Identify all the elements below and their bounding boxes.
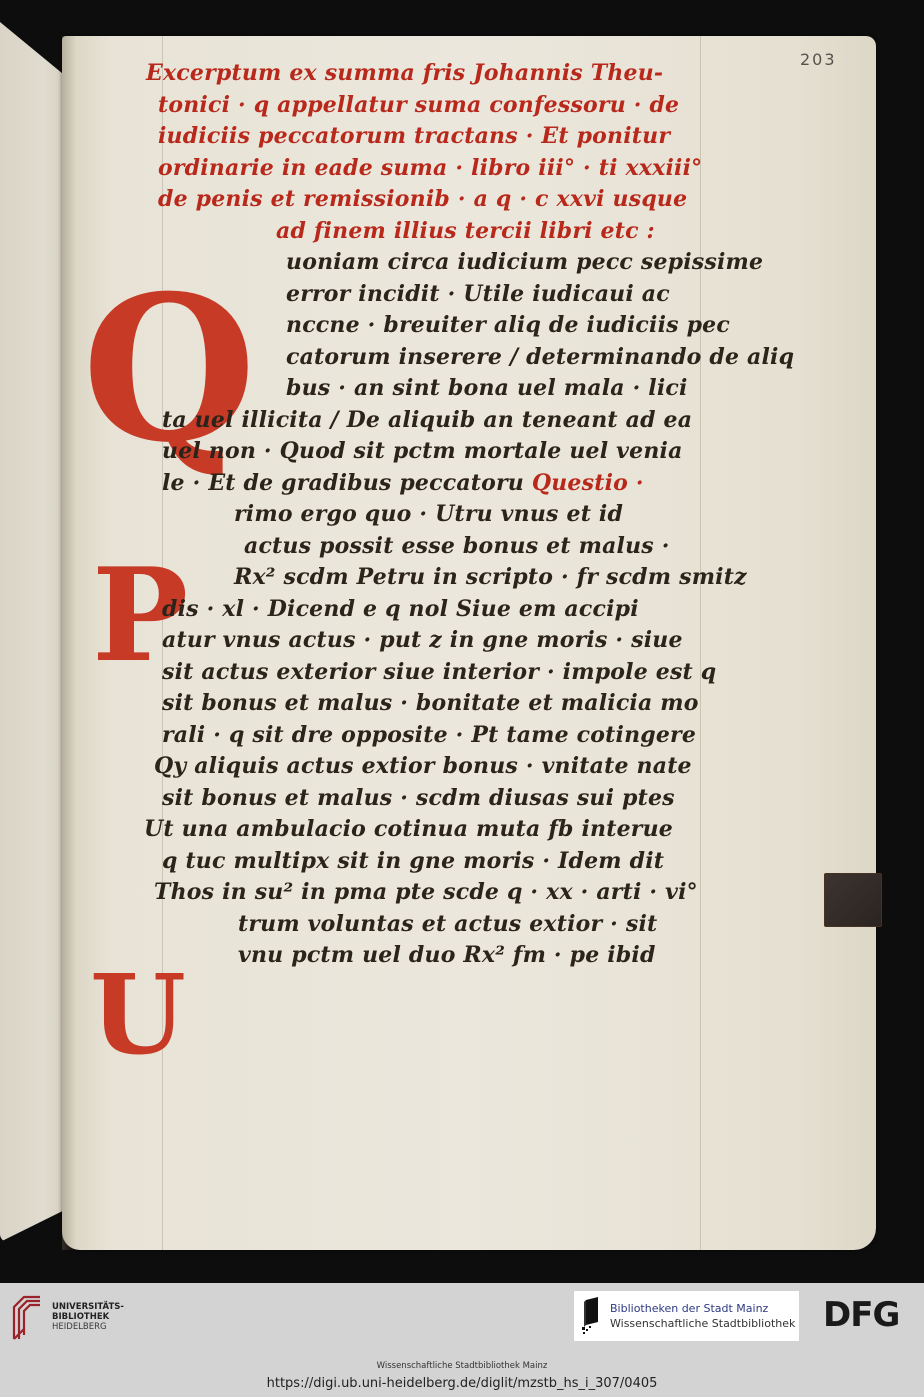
text-line: Rx² scdm Petru in scripto · fr scdm smit… bbox=[88, 562, 748, 594]
text-line: sit bonus et malus · scdm diusas sui pte… bbox=[88, 783, 748, 815]
footer: UNIVERSITÄTS- BIBLIOTHEK HEIDELBERG Bibl… bbox=[0, 1283, 924, 1397]
dfg-logo[interactable]: DFG bbox=[823, 1295, 899, 1335]
credit-line: Wissenschaftliche Stadtbibliothek Mainz bbox=[0, 1361, 924, 1371]
rubric-line: de penis et remissionib · a q · c xxvi u… bbox=[88, 184, 748, 216]
text-line: error incidit · Utile iudicaui ac bbox=[88, 279, 748, 311]
initial-u: U bbox=[90, 960, 186, 1070]
text-line: vnu pctm uel duo Rx² fm · pe ibid bbox=[88, 940, 748, 972]
gutter-shadow bbox=[62, 36, 76, 1250]
ub-heidelberg-mark-icon bbox=[10, 1293, 44, 1341]
rubric-line: Excerptum ex summa fris Johannis Theu- bbox=[88, 58, 748, 90]
text-line: rimo ergo quo · Utru vnus et id bbox=[88, 499, 748, 531]
text-line: sit actus exterior siue interior · impol… bbox=[88, 657, 748, 689]
text-span: le · Et de gradibus peccatoru bbox=[162, 470, 524, 496]
rubric-line: iudiciis peccatorum tractans · Et ponitu… bbox=[88, 121, 748, 153]
text-line: catorum inserere / determinando de aliq bbox=[88, 342, 748, 374]
questio-rubric: Questio · bbox=[532, 470, 644, 496]
text-line: dis · xl · Dicend e q nol Siue em accipi bbox=[88, 594, 748, 626]
rubric-line: tonici · q appellatur suma confessoru · … bbox=[88, 90, 748, 122]
folio-number: 203 bbox=[800, 50, 837, 69]
manuscript-viewer: 203 Q P U Excerptum ex summa fris Johann… bbox=[0, 0, 924, 1283]
leather-tab bbox=[824, 873, 882, 927]
mainz-logo-line1: Bibliotheken der Stadt Mainz bbox=[610, 1301, 795, 1316]
text-line: atur vnus actus · put z in gne moris · s… bbox=[88, 625, 748, 657]
text-line: ta uel illicita / De aliquib an teneant … bbox=[88, 405, 748, 437]
text-line: bus · an sint bona uel mala · lici bbox=[88, 373, 748, 405]
book-icon bbox=[580, 1296, 604, 1336]
mainz-logo-line2: Wissenschaftliche Stadtbibliothek bbox=[610, 1316, 795, 1331]
manuscript-text: Excerptum ex summa fris Johannis Theu- t… bbox=[88, 58, 748, 972]
text-line: rali · q sit dre opposite · Pt tame coti… bbox=[88, 720, 748, 752]
text-line: uel non · Quod sit pctm mortale uel veni… bbox=[88, 436, 748, 468]
text-line: le · Et de gradibus peccatoru Questio · bbox=[88, 468, 748, 500]
text-line: actus possit esse bonus et malus · bbox=[88, 531, 748, 563]
text-line: Qy aliquis actus extior bonus · vnitate … bbox=[88, 751, 748, 783]
ub-heidelberg-text: UNIVERSITÄTS- BIBLIOTHEK HEIDELBERG bbox=[52, 1302, 124, 1332]
rubric-line: ad finem illius tercii libri etc : bbox=[88, 216, 748, 248]
text-line: trum voluntas et actus extior · sit bbox=[88, 909, 748, 941]
text-line: Ut una ambulacio cotinua muta fb interue bbox=[88, 814, 748, 846]
text-line: nccne · breuiter aliq de iudiciis pec bbox=[88, 310, 748, 342]
text-line: uoniam circa iudicium pecc sepissime bbox=[88, 247, 748, 279]
mainz-library-logo[interactable]: Bibliotheken der Stadt Mainz Wissenschaf… bbox=[574, 1291, 799, 1341]
text-line: q tuc multipx sit in gne moris · Idem di… bbox=[88, 846, 748, 878]
permalink-url[interactable]: https://digi.ub.uni-heidelberg.de/diglit… bbox=[0, 1376, 924, 1391]
text-line: sit bonus et malus · bonitate et malicia… bbox=[88, 688, 748, 720]
text-line: Thos in su² in pma pte scde q · xx · art… bbox=[88, 877, 748, 909]
rubric-line: ordinarie in eade suma · libro iii° · ti… bbox=[88, 153, 748, 185]
ub-heidelberg-logo[interactable]: UNIVERSITÄTS- BIBLIOTHEK HEIDELBERG bbox=[10, 1293, 124, 1341]
